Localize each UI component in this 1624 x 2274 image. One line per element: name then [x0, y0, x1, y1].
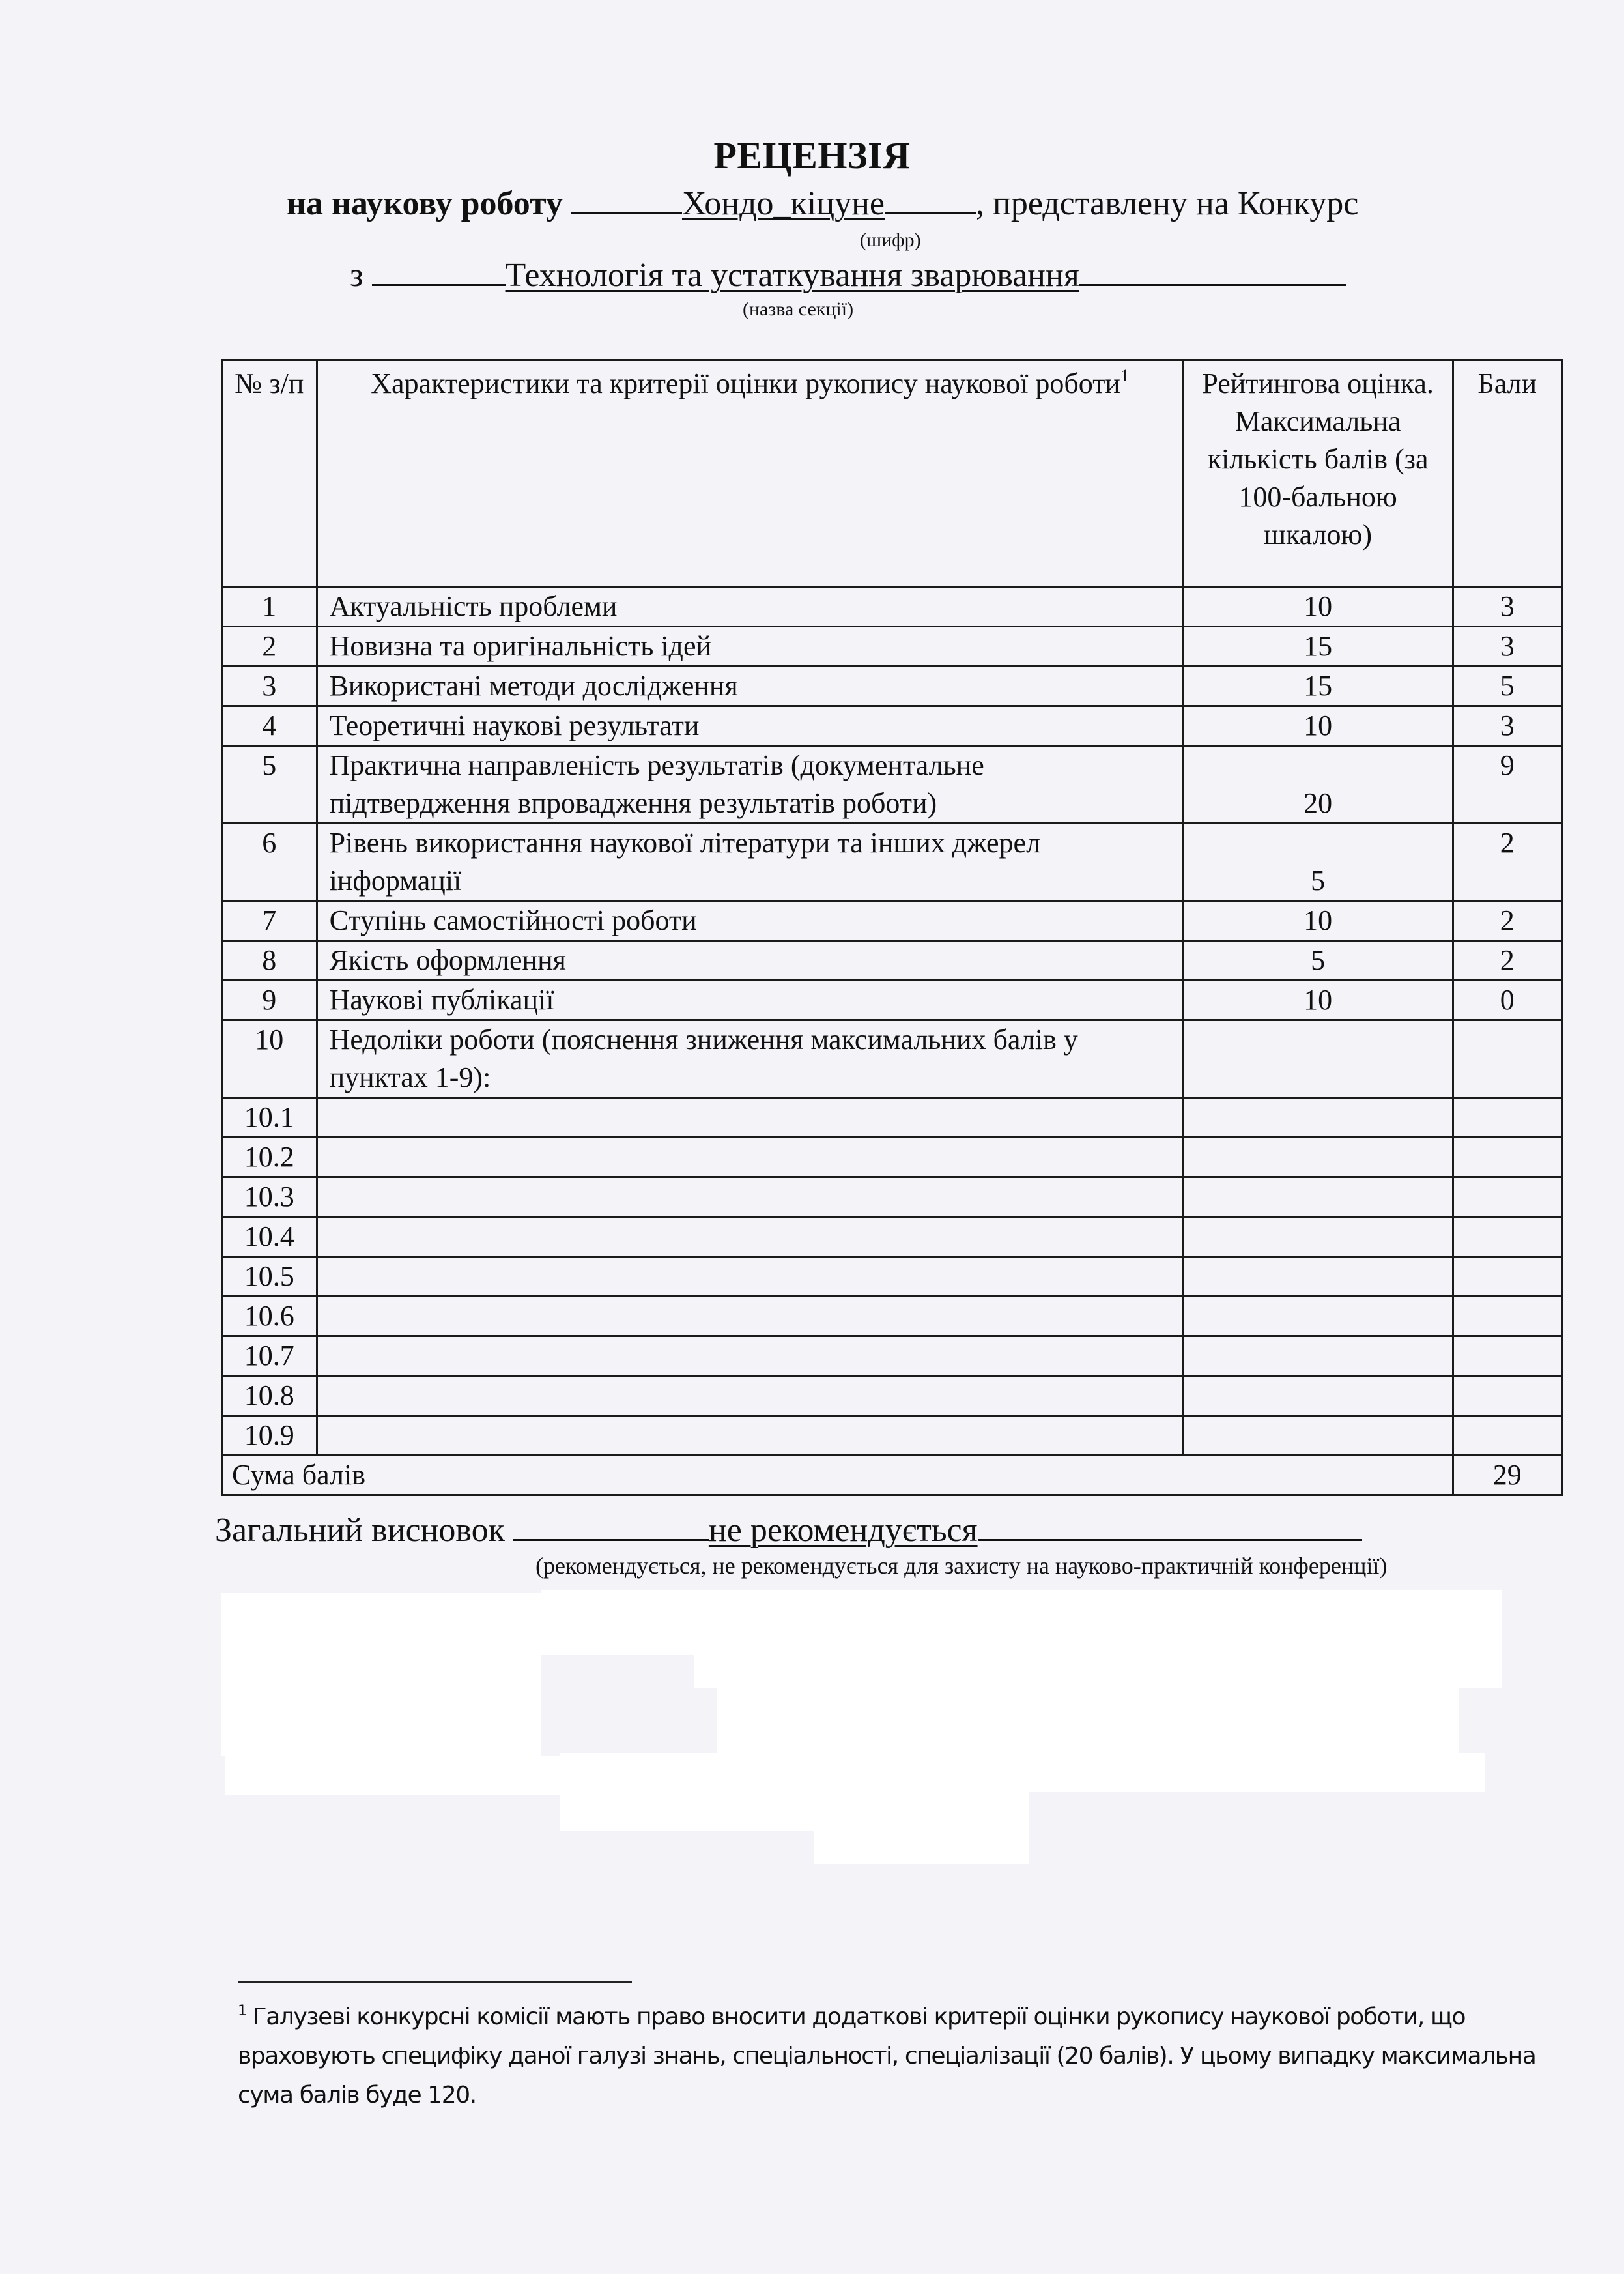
- table-row: 8Якість оформлення52: [222, 941, 1562, 981]
- conclusion-line: Загальний висновок не рекомендується: [215, 1510, 1362, 1549]
- footnote: 1 Галузеві конкурсні комісії мають право…: [238, 1998, 1567, 2115]
- row-num: 10.2: [222, 1138, 317, 1177]
- table-row: 10.7: [222, 1336, 1562, 1376]
- table-row: 7Ступінь самостійності роботи102: [222, 901, 1562, 941]
- header-num: № з/п: [222, 360, 317, 587]
- row-num: 3: [222, 667, 317, 706]
- row-num: 10.9: [222, 1416, 317, 1456]
- conclusion-caption: (рекомендується, не рекомендується для з…: [535, 1552, 1387, 1579]
- row-score: 9: [1453, 746, 1561, 824]
- row-criterion: [317, 1297, 1183, 1336]
- row-score: [1453, 1177, 1561, 1217]
- table-row: 9Наукові публікації100: [222, 981, 1562, 1020]
- row-score: [1453, 1257, 1561, 1297]
- row-max-score: [1183, 1177, 1453, 1217]
- row-score: 3: [1453, 587, 1561, 627]
- row-score: [1453, 1217, 1561, 1257]
- section-name: Технологія та устаткування зварювання: [506, 257, 1079, 294]
- row-score: [1453, 1376, 1561, 1416]
- row-criterion: Якість оформлення: [317, 941, 1183, 981]
- table-row: 10.4: [222, 1217, 1562, 1257]
- row-criterion: [317, 1376, 1183, 1416]
- row-score: 2: [1453, 824, 1561, 901]
- table-row: 10.6: [222, 1297, 1562, 1336]
- row-max-score: 15: [1183, 627, 1453, 667]
- redacted-block: [811, 1688, 1391, 1759]
- row-num: 10: [222, 1020, 317, 1098]
- table-row: 3Використані методи дослідження155: [222, 667, 1562, 706]
- row-max-score: [1183, 1297, 1453, 1336]
- row-max-score: [1183, 1416, 1453, 1456]
- row-max-score: [1183, 1336, 1453, 1376]
- blank-line: [885, 184, 976, 214]
- redacted-block: [221, 1593, 541, 1756]
- table-row: 10.1: [222, 1098, 1562, 1138]
- cipher-caption: (шифр): [860, 229, 921, 252]
- row-criterion: [317, 1138, 1183, 1177]
- table-row: 4Теоретичні наукові результати103: [222, 706, 1562, 746]
- row-criterion: [317, 1416, 1183, 1456]
- footnote-text: Галузеві конкурсні комісії мають право в…: [238, 2004, 1535, 2108]
- table-row: 10.2: [222, 1138, 1562, 1177]
- row-num: 10.8: [222, 1376, 317, 1416]
- row-num: 8: [222, 941, 317, 981]
- row-score: [1453, 1020, 1561, 1098]
- row-max-score: 5: [1183, 824, 1453, 901]
- blank-line: [1079, 255, 1346, 286]
- row-criterion: [317, 1177, 1183, 1217]
- row-score: 0: [1453, 981, 1561, 1020]
- row-num: 7: [222, 901, 317, 941]
- sum-value: 29: [1453, 1456, 1561, 1495]
- row-score: 2: [1453, 941, 1561, 981]
- table-row: 10Недоліки роботи (пояснення зниження ма…: [222, 1020, 1562, 1098]
- table-row: 2Новизна та оригінальність ідей153: [222, 627, 1562, 667]
- row-score: [1453, 1416, 1561, 1456]
- work-line: на наукову роботу Хондо_кіцуне, представ…: [287, 184, 1358, 223]
- row-max-score: [1183, 1098, 1453, 1138]
- row-criterion: Ступінь самостійності роботи: [317, 901, 1183, 941]
- table-row: 10.3: [222, 1177, 1562, 1217]
- row-num: 4: [222, 706, 317, 746]
- footnote-divider: [238, 1981, 632, 1983]
- row-max-score: 20: [1183, 746, 1453, 824]
- row-score: 2: [1453, 901, 1561, 941]
- blank-line: [513, 1510, 709, 1541]
- table-header-row: № з/п Характеристики та критерії оцінки …: [222, 360, 1562, 587]
- row-max-score: [1183, 1020, 1453, 1098]
- row-score: [1453, 1336, 1561, 1376]
- row-criterion: [317, 1217, 1183, 1257]
- row-num: 2: [222, 627, 317, 667]
- redacted-block: [814, 1792, 1029, 1864]
- row-criterion: [317, 1336, 1183, 1376]
- row-max-score: [1183, 1376, 1453, 1416]
- row-num: 1: [222, 587, 317, 627]
- row-max-score: 15: [1183, 667, 1453, 706]
- row-criterion: Новизна та оригінальність ідей: [317, 627, 1183, 667]
- header-score: Бали: [1453, 360, 1561, 587]
- table-row: 5Практична направленість результатів (до…: [222, 746, 1562, 824]
- row-num: 10.1: [222, 1098, 317, 1138]
- row-max-score: [1183, 1217, 1453, 1257]
- row-score: [1453, 1138, 1561, 1177]
- row-criterion: [317, 1257, 1183, 1297]
- review-table: № з/п Характеристики та критерії оцінки …: [221, 359, 1563, 1496]
- row-criterion: Рівень використання наукової літератури …: [317, 824, 1183, 901]
- row-score: 3: [1453, 706, 1561, 746]
- document-title: РЕЦЕНЗІЯ: [0, 134, 1624, 177]
- row-criterion: Актуальність проблеми: [317, 587, 1183, 627]
- row-score: 5: [1453, 667, 1561, 706]
- header-criteria: Характеристики та критерії оцінки рукопи…: [317, 360, 1183, 587]
- header-max: Рейтингова оцінка. Максимальна кількість…: [1183, 360, 1453, 587]
- row-criterion: Практична направленість результатів (док…: [317, 746, 1183, 824]
- row-criterion: Наукові публікації: [317, 981, 1183, 1020]
- redacted-block: [1029, 1753, 1485, 1792]
- sum-label: Сума балів: [222, 1456, 1453, 1495]
- row-max-score: 10: [1183, 901, 1453, 941]
- section-line-prefix: з: [350, 257, 363, 294]
- conclusion-value: не рекомендується: [709, 1512, 978, 1549]
- row-num: 10.3: [222, 1177, 317, 1217]
- blank-line: [372, 255, 506, 286]
- blank-line: [978, 1510, 1362, 1541]
- work-line-prefix: на наукову роботу: [287, 185, 563, 222]
- row-criterion: [317, 1098, 1183, 1138]
- row-num: 10.7: [222, 1336, 317, 1376]
- conclusion-label: Загальний висновок: [215, 1512, 505, 1549]
- section-caption: (назва секції): [743, 298, 853, 321]
- table-row: 10.8: [222, 1376, 1562, 1416]
- row-criterion: Недоліки роботи (пояснення зниження макс…: [317, 1020, 1183, 1098]
- row-criterion: Теоретичні наукові результати: [317, 706, 1183, 746]
- row-max-score: 10: [1183, 587, 1453, 627]
- row-max-score: 10: [1183, 706, 1453, 746]
- row-max-score: 5: [1183, 941, 1453, 981]
- footnote-number: 1: [238, 2003, 246, 2019]
- table-row: 6Рівень використання наукової літератури…: [222, 824, 1562, 901]
- table-row: 10.5: [222, 1257, 1562, 1297]
- row-max-score: 10: [1183, 981, 1453, 1020]
- row-score: [1453, 1098, 1561, 1138]
- row-score: [1453, 1297, 1561, 1336]
- footnote-mark: 1: [1120, 366, 1129, 385]
- table-row: 1Актуальність проблеми103: [222, 587, 1562, 627]
- row-max-score: [1183, 1257, 1453, 1297]
- row-max-score: [1183, 1138, 1453, 1177]
- table-row: 10.9: [222, 1416, 1562, 1456]
- blank-line: [571, 184, 682, 214]
- row-num: 5: [222, 746, 317, 824]
- work-cipher: Хондо_кіцуне: [682, 185, 885, 222]
- row-num: 9: [222, 981, 317, 1020]
- section-line: з Технологія та устаткування зварювання: [350, 255, 1346, 295]
- row-num: 10.6: [222, 1297, 317, 1336]
- work-line-suffix: , представлену на Конкурс: [976, 185, 1358, 222]
- sum-row: Сума балів29: [222, 1456, 1562, 1495]
- row-num: 10.4: [222, 1217, 317, 1257]
- row-criterion: Використані методи дослідження: [317, 667, 1183, 706]
- row-num: 6: [222, 824, 317, 901]
- row-num: 10.5: [222, 1257, 317, 1297]
- row-score: 3: [1453, 627, 1561, 667]
